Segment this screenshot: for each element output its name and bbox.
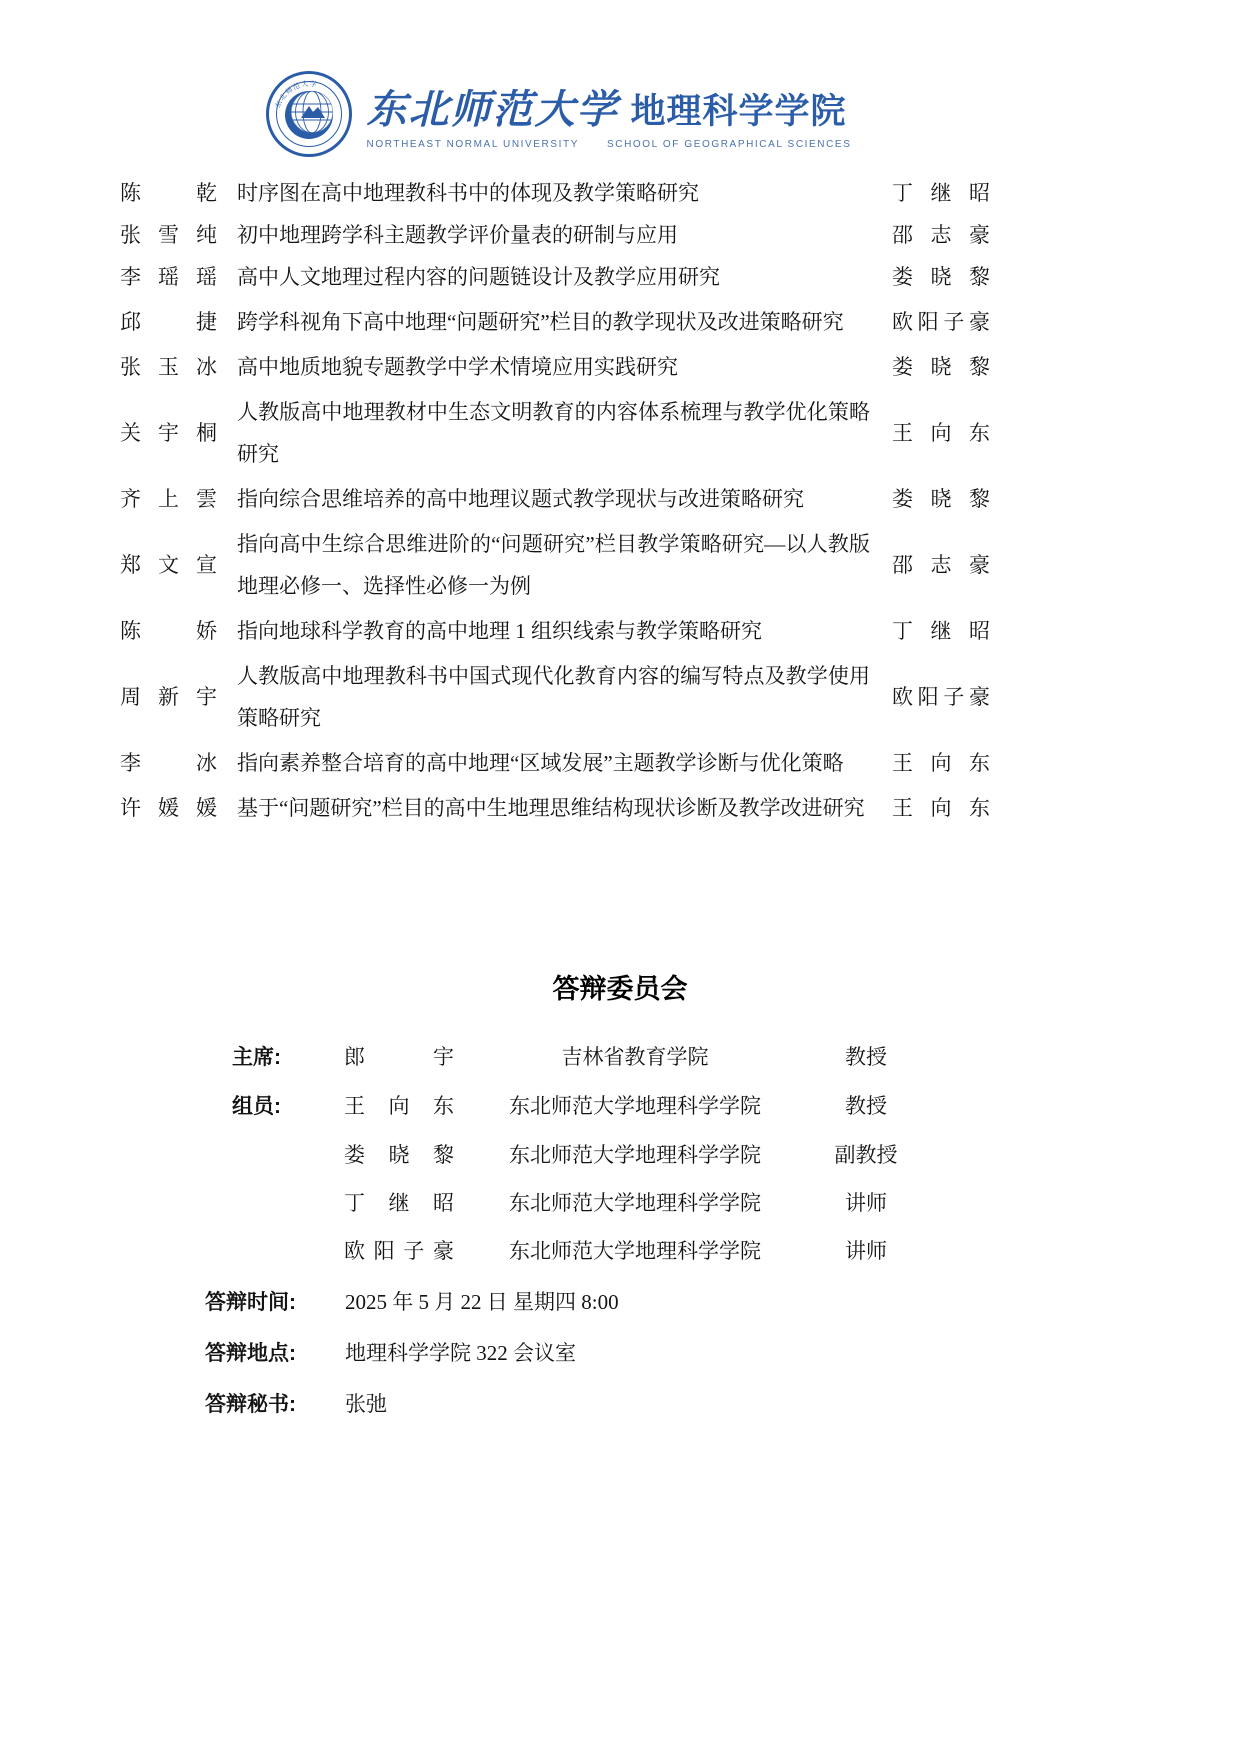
committee-member-row: 娄晓黎 东北师范大学地理科学学院 副教授: [0, 1131, 1240, 1179]
committee-member-row: 组员: 王向东 东北师范大学地理科学学院 教授: [0, 1082, 1240, 1131]
thesis-title: 高中地质地貌专题教学中学术情境应用实践研究: [237, 346, 870, 388]
thesis-title: 高中人文地理过程内容的问题链设计及教学应用研究: [237, 256, 870, 298]
advisor-name: 邵志豪: [892, 544, 990, 586]
student-name: 陈乾: [120, 172, 217, 214]
school-name-cn: 地理科学学院: [631, 84, 847, 134]
chair-label: 主席:: [232, 1034, 344, 1082]
school-name-en: SCHOOL OF GEOGRAPHICAL SCIENCES: [607, 139, 851, 150]
defense-time-row: 答辩时间: 2025 年 5 月 22 日 星期四 8:00: [0, 1277, 1240, 1328]
table-row: 许媛媛 基于“问题研究”栏目的高中生地理思维结构现状诊断及教学改进研究 王向东: [120, 787, 990, 829]
committee-member-row: 丁继昭 东北师范大学地理科学学院 讲师: [0, 1179, 1240, 1227]
chair-name: 郎宇: [344, 1033, 454, 1081]
advisor-name: 欧阳子豪: [892, 676, 990, 718]
university-logo: 东北师范大学 东北师范大学 地理科学学院: [265, 70, 852, 158]
logo-text-block: 东北师范大学 地理科学学院 NORTHEAST NORMAL UNIVERSIT…: [367, 78, 852, 150]
committee-title: 答辩委员会: [0, 969, 1240, 1009]
thesis-title: 指向高中生综合思维进阶的“问题研究”栏目教学策略研究—以人教版地理必修一、选择性…: [237, 523, 870, 607]
university-emblem-icon: 东北师范大学: [265, 70, 353, 158]
advisor-name: 娄晓黎: [892, 346, 990, 388]
thesis-table: 陈乾 时序图在高中地理教科书中的体现及教学策略研究 丁继昭 张雪纯 初中地理跨学…: [0, 172, 990, 829]
thesis-title: 基于“问题研究”栏目的高中生地理思维结构现状诊断及教学改进研究: [237, 787, 870, 829]
university-name-cn: 东北师范大学: [367, 78, 619, 135]
student-name: 郑文宣: [120, 544, 217, 586]
thesis-title: 指向素养整合培育的高中地理“区域发展”主题教学诊断与优化策略: [237, 742, 870, 784]
member-rank: 教授: [806, 1082, 926, 1130]
student-name: 周新宇: [120, 676, 217, 718]
table-row: 李瑶瑶 高中人文地理过程内容的问题链设计及教学应用研究 娄晓黎: [120, 256, 990, 298]
student-name: 李冰: [120, 742, 217, 784]
thesis-title: 人教版高中地理教科书中国式现代化教育内容的编写特点及教学使用策略研究: [237, 655, 870, 739]
advisor-name: 邵志豪: [892, 214, 990, 256]
thesis-title: 指向综合思维培养的高中地理议题式教学现状与改进策略研究: [237, 478, 870, 520]
table-row: 郑文宣 指向高中生综合思维进阶的“问题研究”栏目教学策略研究—以人教版地理必修一…: [120, 523, 990, 607]
defense-place-label: 答辩地点:: [205, 1329, 345, 1379]
student-name: 陈娇: [120, 610, 217, 652]
defense-secretary-row: 答辩秘书: 张弛: [0, 1379, 1240, 1430]
table-row: 张玉冰 高中地质地貌专题教学中学术情境应用实践研究 娄晓黎: [120, 346, 990, 388]
student-name: 张雪纯: [120, 214, 217, 256]
defense-secretary-label: 答辩秘书:: [205, 1380, 345, 1430]
committee-member-row: 欧阳子豪 东北师范大学地理科学学院 讲师: [0, 1227, 1240, 1275]
student-name: 张玉冰: [120, 346, 217, 388]
advisor-name: 娄晓黎: [892, 256, 990, 298]
member-rank: 讲师: [806, 1179, 926, 1227]
thesis-title: 时序图在高中地理教科书中的体现及教学策略研究: [237, 172, 870, 214]
table-row: 齐上雲 指向综合思维培养的高中地理议题式教学现状与改进策略研究 娄晓黎: [120, 478, 990, 520]
chair-institution: 吉林省教育学院: [470, 1033, 800, 1081]
member-name: 王向东: [344, 1082, 454, 1130]
student-name: 邱捷: [120, 301, 217, 343]
table-row: 周新宇 人教版高中地理教科书中国式现代化教育内容的编写特点及教学使用策略研究 欧…: [120, 655, 990, 739]
member-institution: 东北师范大学地理科学学院: [470, 1179, 800, 1227]
table-row: 陈娇 指向地球科学教育的高中地理 1 组织线索与教学策略研究 丁继昭: [120, 610, 990, 652]
thesis-title: 初中地理跨学科主题教学评价量表的研制与应用: [237, 214, 870, 256]
chair-rank: 教授: [806, 1033, 926, 1081]
defense-place-row: 答辩地点: 地理科学学院 322 会议室: [0, 1328, 1240, 1379]
advisor-name: 丁继昭: [892, 610, 990, 652]
defense-place-value: 地理科学学院 322 会议室: [345, 1328, 1240, 1378]
defense-secretary-value: 张弛: [345, 1379, 1240, 1429]
university-name-en: NORTHEAST NORMAL UNIVERSITY: [367, 139, 580, 150]
member-institution: 东北师范大学地理科学学院: [470, 1131, 800, 1179]
table-row: 李冰 指向素养整合培育的高中地理“区域发展”主题教学诊断与优化策略 王向东: [120, 742, 990, 784]
table-row: 张雪纯 初中地理跨学科主题教学评价量表的研制与应用 邵志豪: [120, 214, 990, 256]
advisor-name: 王向东: [892, 742, 990, 784]
advisor-name: 王向东: [892, 412, 990, 454]
advisor-name: 娄晓黎: [892, 478, 990, 520]
defense-time-label: 答辩时间:: [205, 1278, 345, 1328]
thesis-title: 指向地球科学教育的高中地理 1 组织线索与教学策略研究: [237, 610, 870, 652]
member-name: 娄晓黎: [344, 1131, 454, 1179]
defense-committee-section: 答辩委员会 主席: 郎宇 吉林省教育学院 教授 组员: 王向东 东北师范大学地理…: [0, 969, 1240, 1430]
defense-info-block: 答辩时间: 2025 年 5 月 22 日 星期四 8:00 答辩地点: 地理科…: [0, 1277, 1240, 1430]
table-row: 陈乾 时序图在高中地理教科书中的体现及教学策略研究 丁继昭: [120, 172, 990, 214]
table-row: 关宇桐 人教版高中地理教材中生态文明教育的内容体系梳理与教学优化策略研究 王向东: [120, 391, 990, 475]
table-row: 邱捷 跨学科视角下高中地理“问题研究”栏目的教学现状及改进策略研究 欧阳子豪: [120, 301, 990, 343]
member-institution: 东北师范大学地理科学学院: [470, 1227, 800, 1275]
thesis-title: 人教版高中地理教材中生态文明教育的内容体系梳理与教学优化策略研究: [237, 391, 870, 475]
defense-time-value: 2025 年 5 月 22 日 星期四 8:00: [345, 1277, 1240, 1327]
advisor-name: 欧阳子豪: [892, 301, 990, 343]
advisor-name: 王向东: [892, 787, 990, 829]
student-name: 齐上雲: [120, 478, 217, 520]
member-name: 欧阳子豪: [344, 1227, 454, 1275]
member-institution: 东北师范大学地理科学学院: [470, 1082, 800, 1130]
student-name: 关宇桐: [120, 412, 217, 454]
committee-chair-row: 主席: 郎宇 吉林省教育学院 教授: [0, 1033, 1240, 1082]
thesis-title: 跨学科视角下高中地理“问题研究”栏目的教学现状及改进策略研究: [237, 301, 870, 343]
member-rank: 讲师: [806, 1227, 926, 1275]
advisor-name: 丁继昭: [892, 172, 990, 214]
university-header: 东北师范大学 东北师范大学 地理科学学院: [0, 0, 1240, 158]
document-page: 东北师范大学 东北师范大学 地理科学学院: [0, 0, 1240, 1755]
member-name: 丁继昭: [344, 1179, 454, 1227]
student-name: 李瑶瑶: [120, 256, 217, 298]
student-name: 许媛媛: [120, 787, 217, 829]
member-rank: 副教授: [806, 1131, 926, 1179]
member-label: 组员:: [232, 1083, 344, 1131]
